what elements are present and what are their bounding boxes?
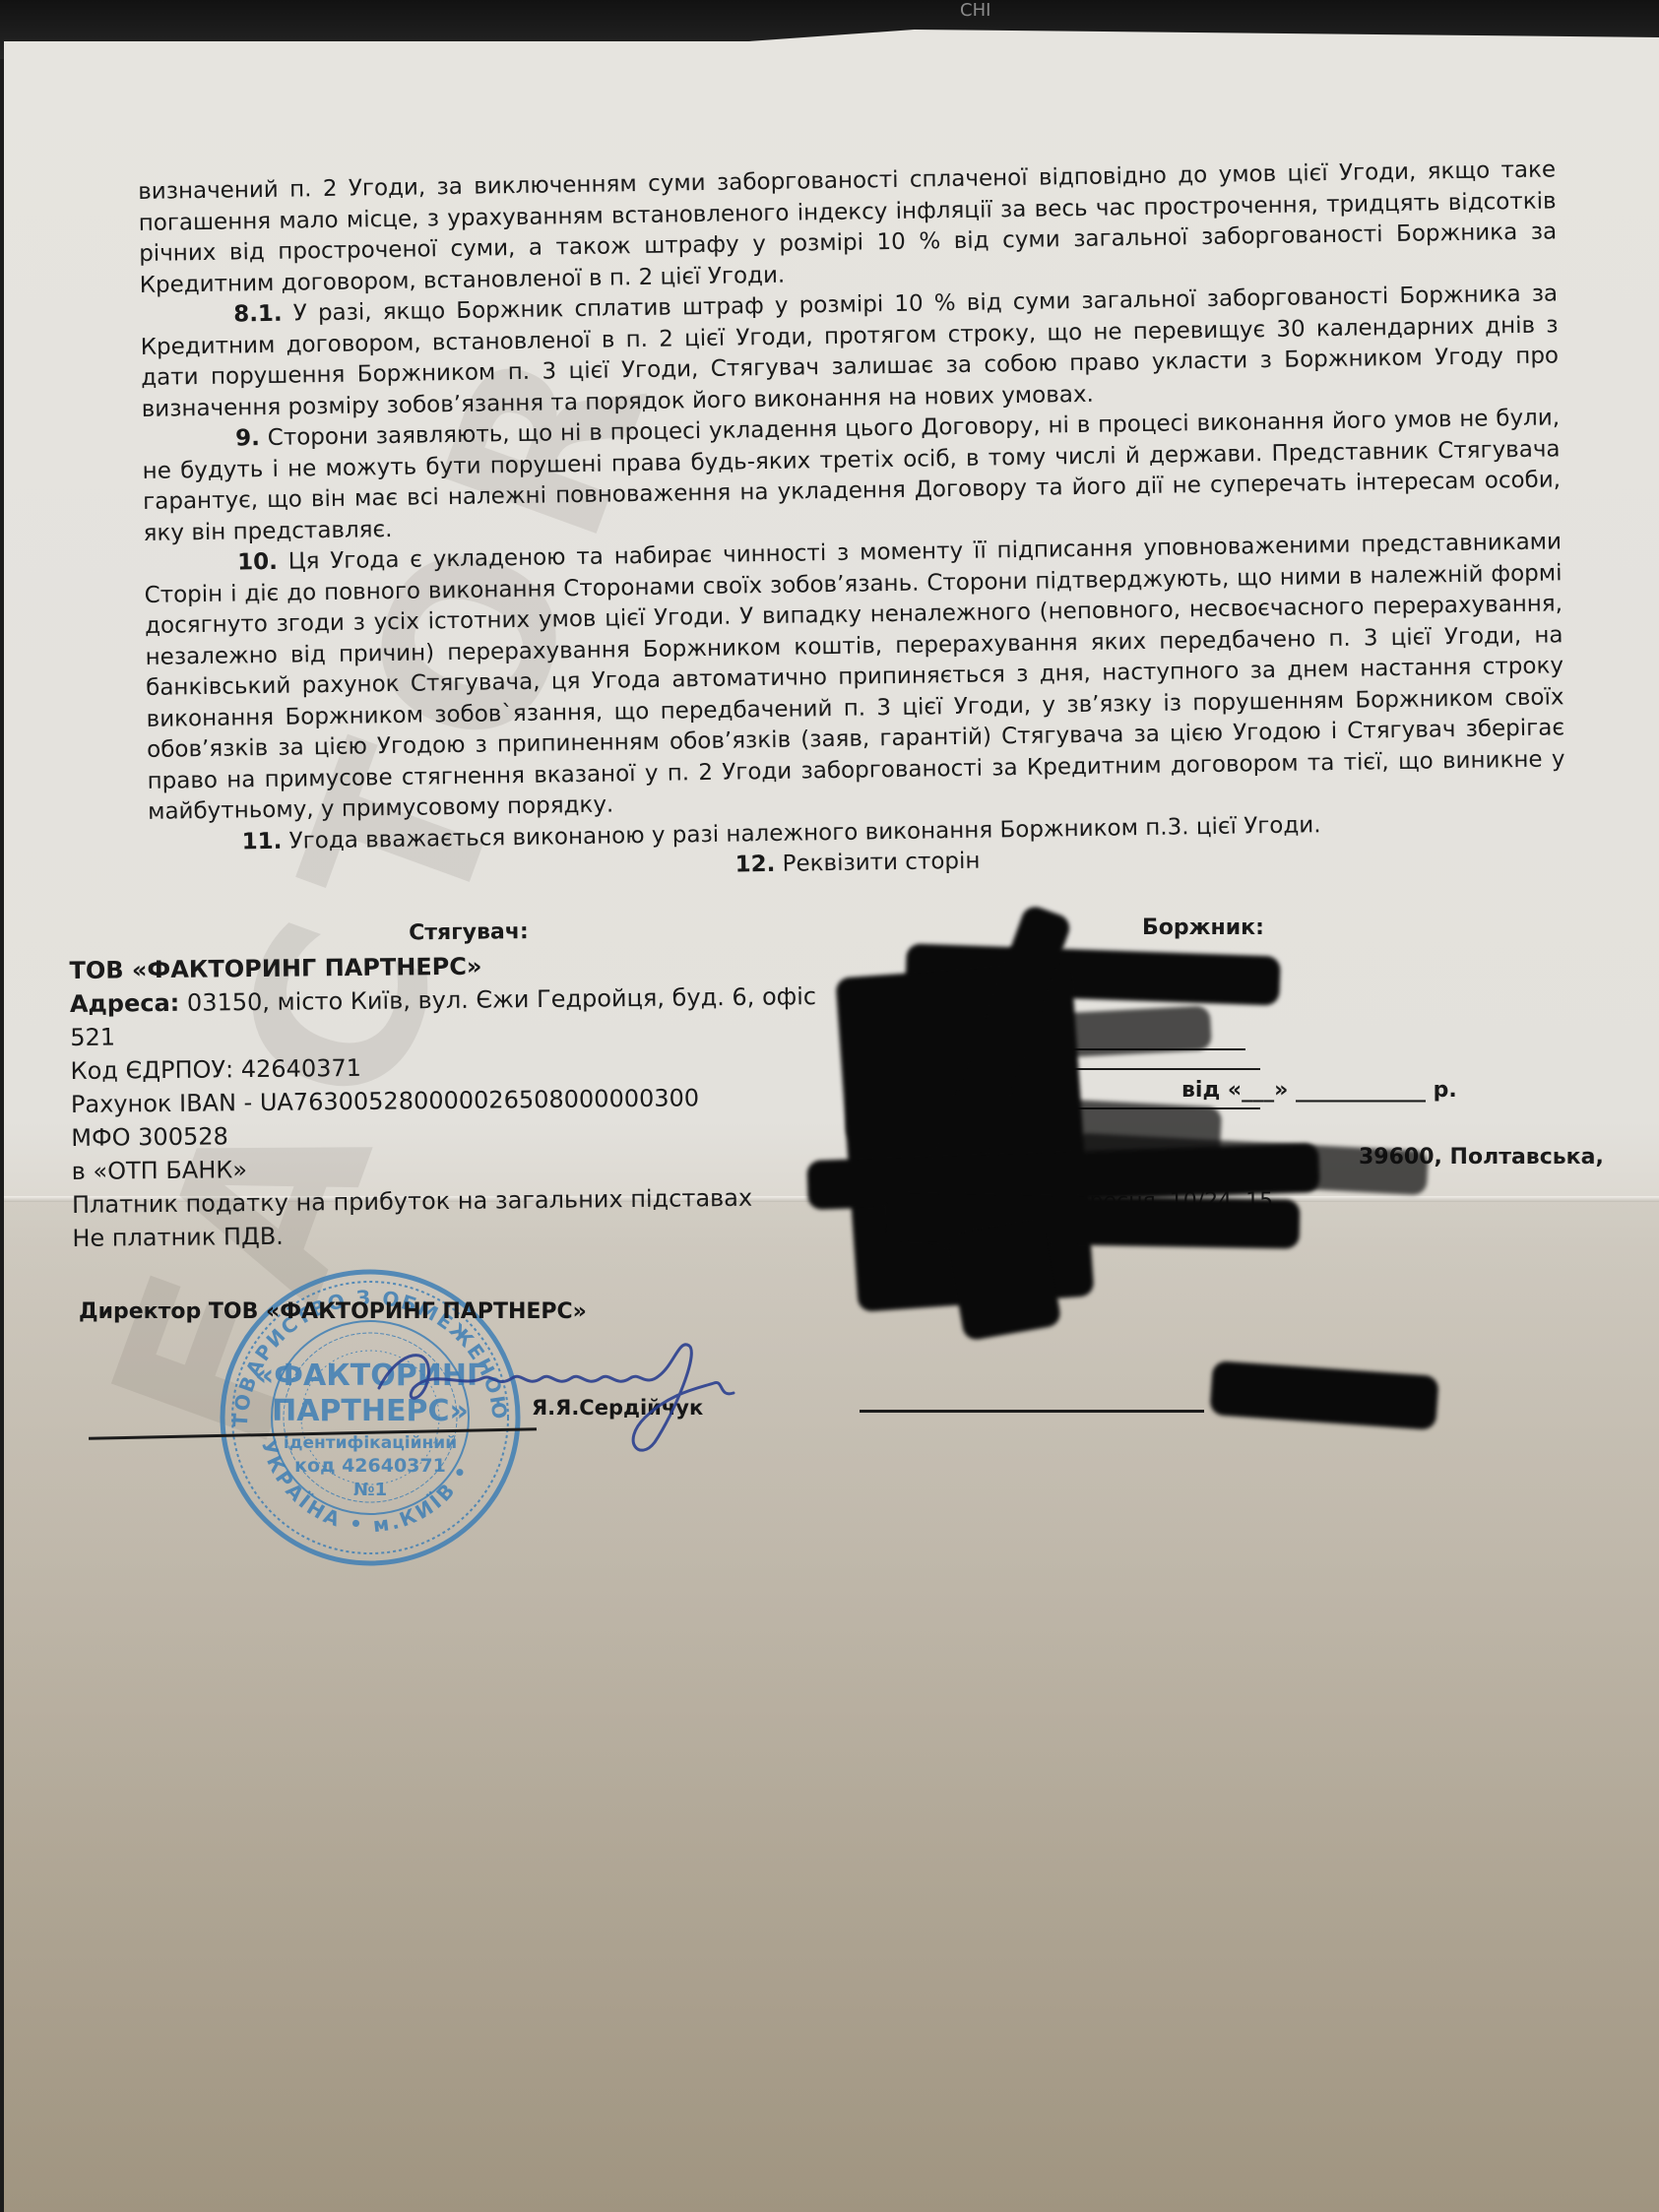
debtor-signature-line [860, 1410, 1204, 1413]
clause-number: 10. [237, 549, 278, 576]
debtor-heading: Боржник: [1142, 916, 1264, 940]
debtor-date: від «___» ____________ р. [1181, 1078, 1457, 1103]
device-label: CHI [960, 0, 990, 21]
stamp-number: №1 [353, 1480, 387, 1500]
clause-number: 11. [241, 828, 282, 854]
clause-number: 9. [235, 425, 260, 451]
agreement-clauses: визначений п. 2 Угоди, за виключенням су… [138, 155, 1566, 890]
clause-8-1: 8.1. У разі, якщо Боржник сплатив штраф … [140, 279, 1560, 425]
debtor-requisites: Боржник: паспорт від «___» ____________ … [847, 911, 1595, 1324]
clause-number: 8.1. [233, 301, 283, 328]
collector-requisites: Стягувач: ТОВ «ФАКТОРИНГ ПАРТНЕРС» Адрес… [69, 913, 841, 1255]
handwritten-signature [374, 1334, 788, 1462]
clause-9: 9. Сторони заявляють, що ні в процесі ук… [142, 403, 1562, 549]
redaction-mark [886, 1192, 1301, 1248]
redaction-mark [946, 1218, 1062, 1342]
clause-10: 10. Ця Угода є укладеною та набирає чинн… [144, 527, 1565, 828]
clause-continuation: визначений п. 2 Угоди, за виключенням су… [138, 155, 1558, 301]
director-title: Директор ТОВ «ФАКТОРИНГ ПАРТНЕРС» [79, 1299, 587, 1324]
collector-address: Адреса: 03150, місто Київ, вул. Єжи Гедр… [70, 980, 839, 1054]
